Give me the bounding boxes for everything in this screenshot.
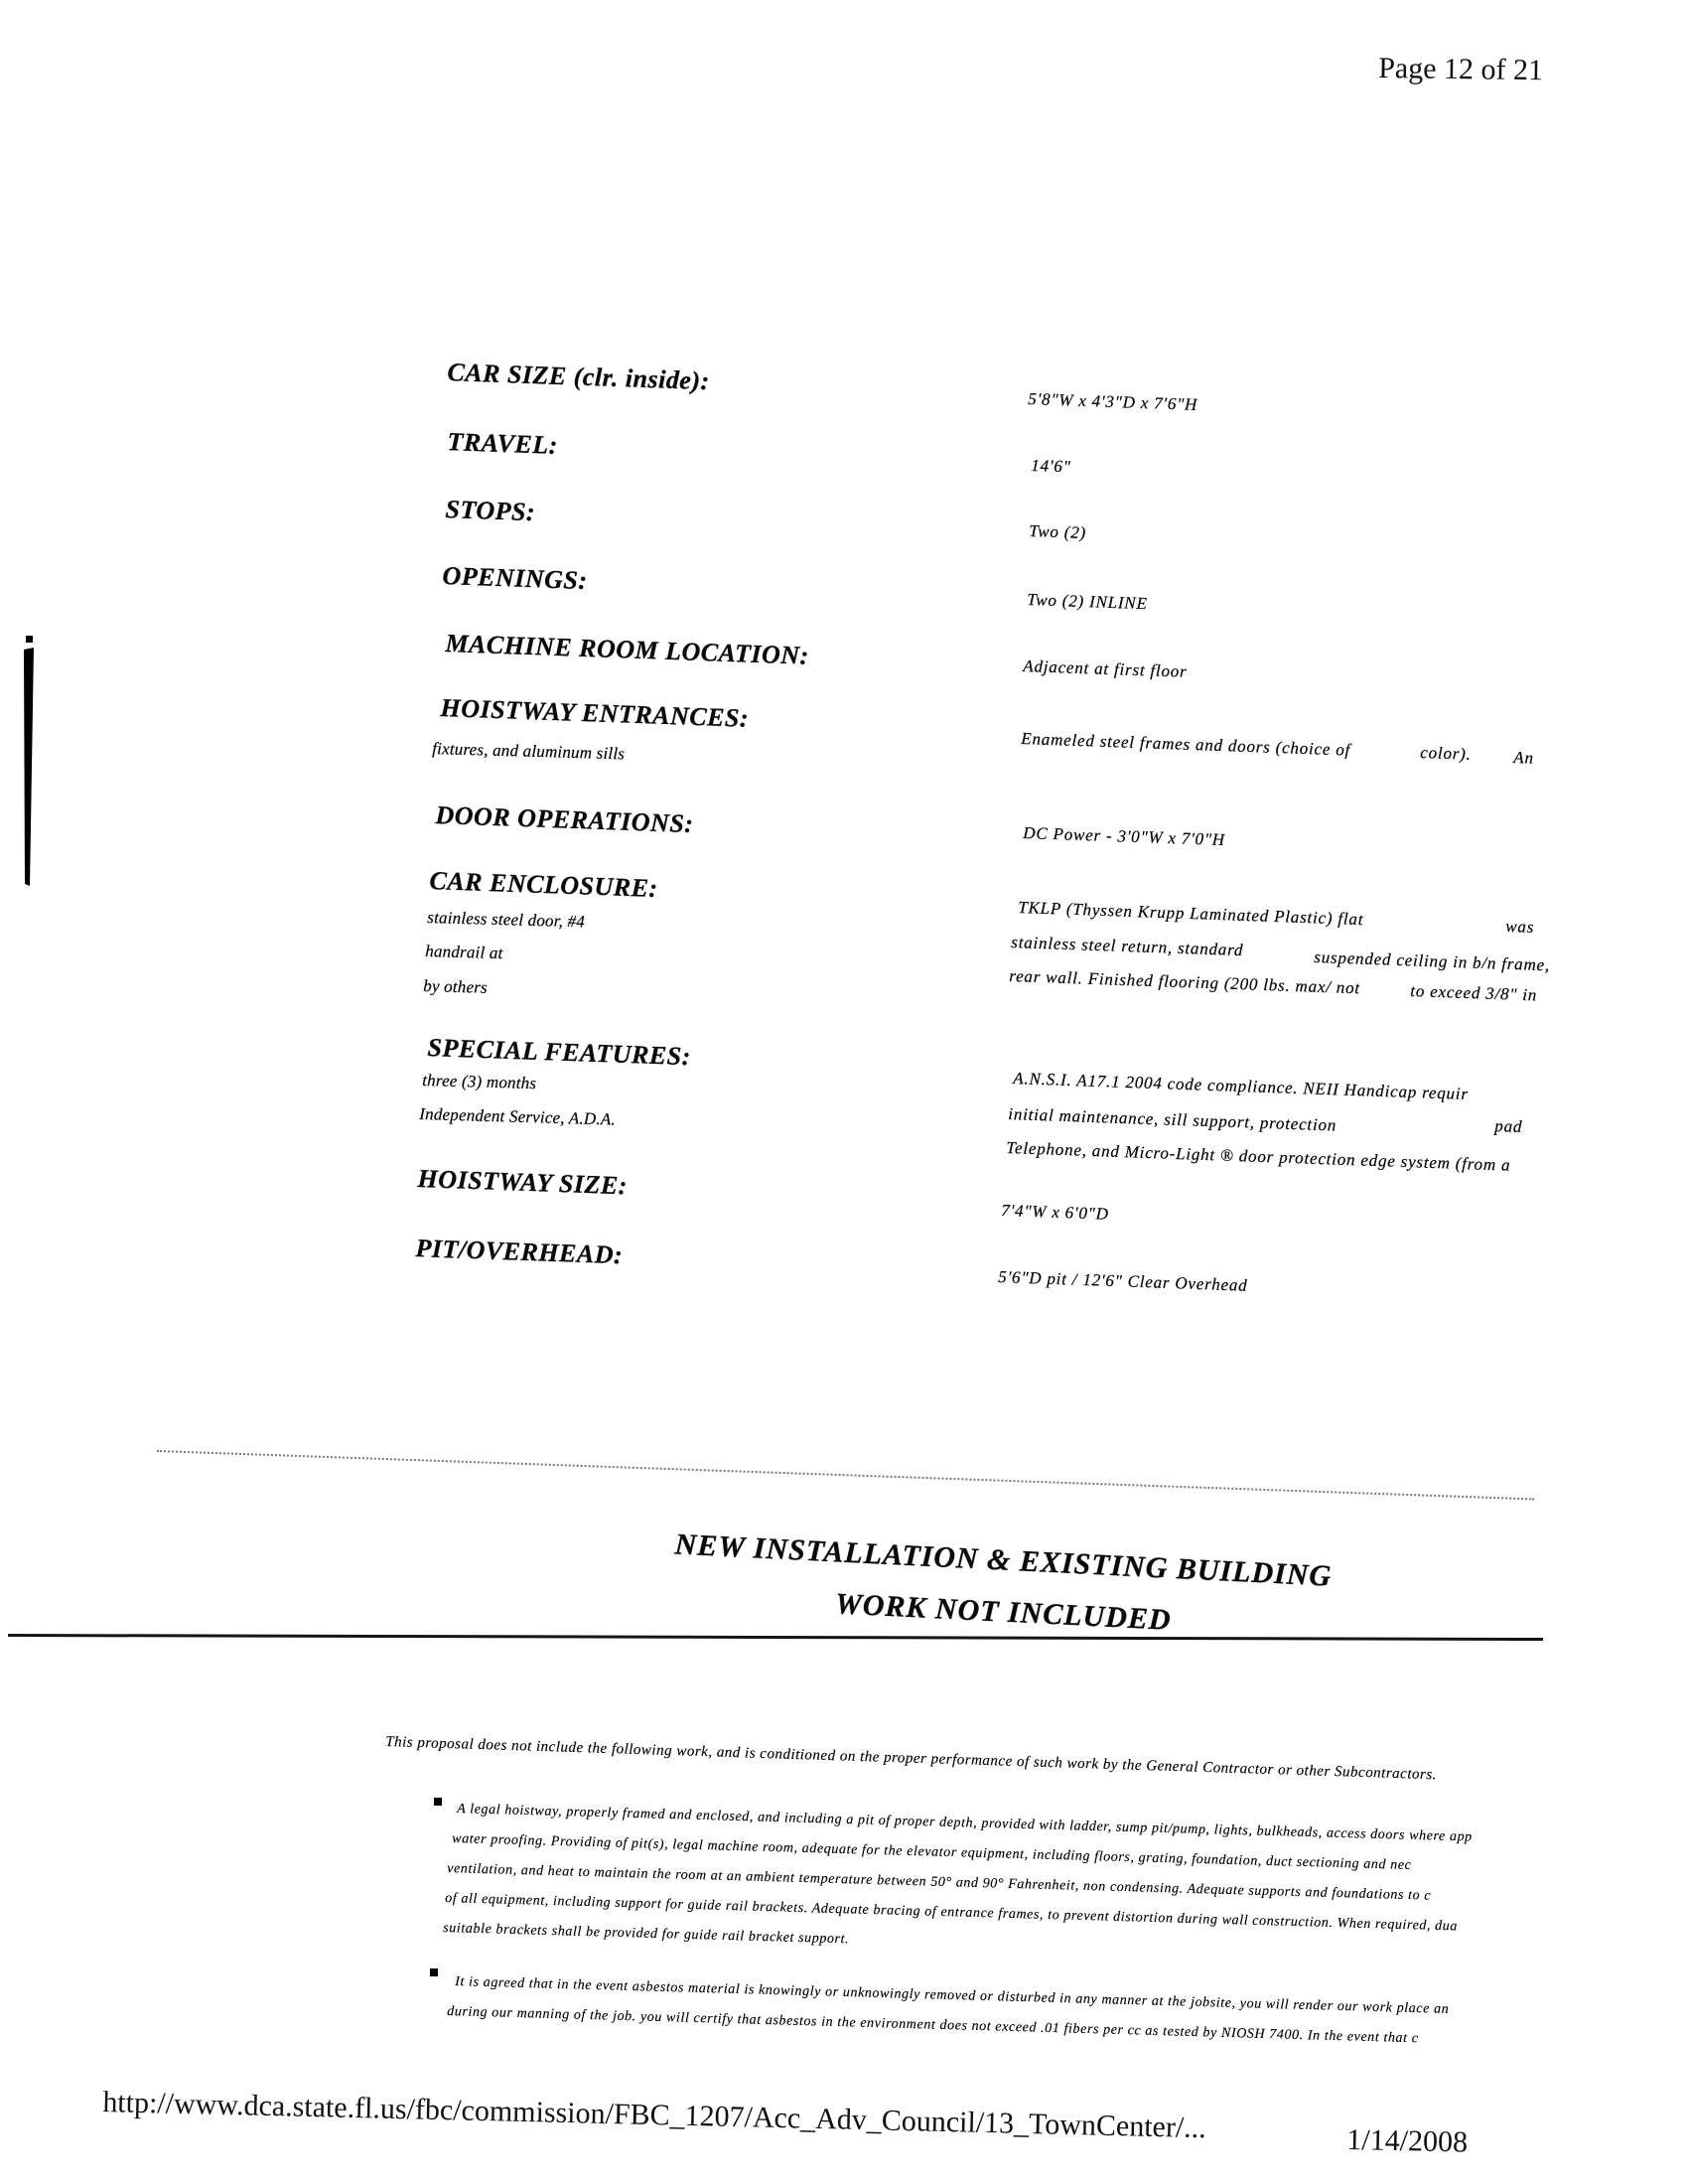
spec-label-special-features: SPECIAL FEATURES:	[427, 1033, 691, 1072]
spec-note-car-enclosure-3: by others	[423, 976, 488, 998]
spec-value-hoistway-entrances-2: color).	[1420, 743, 1472, 765]
spec-label-stops: STOPS:	[445, 495, 536, 527]
spec-label-pit-overhead: PIT/OVERHEAD:	[415, 1234, 624, 1270]
spec-value-machine-room: Adjacent at first floor	[1023, 656, 1188, 682]
spec-label-hoistway-size: HOISTWAY SIZE:	[417, 1164, 628, 1201]
spec-note-car-enclosure-2: handrail at	[425, 942, 503, 963]
footer-url: http://www.dca.state.fl.us/fbc/commissio…	[102, 2086, 1206, 2145]
spec-value-car-enclosure-l1a: TKLP (Thyssen Krupp Laminated Plastic) f…	[1018, 898, 1364, 930]
spec-value-openings: Two (2) INLINE	[1027, 590, 1148, 614]
exclusions-intro: This proposal does not include the follo…	[385, 1734, 1437, 1784]
spec-value-car-enclosure-l3a: rear wall. Finished flooring (200 lbs. m…	[1009, 966, 1360, 998]
spec-note-special-features-1: three (3) months	[422, 1071, 536, 1093]
spec-label-openings: OPENINGS:	[442, 561, 588, 596]
spec-note-special-features-2: Independent Service, A.D.A.	[419, 1104, 616, 1130]
spec-label-car-enclosure: CAR ENCLOSURE:	[429, 866, 658, 904]
spec-value-car-enclosure-l1b: was	[1505, 917, 1535, 938]
spec-value-hoistway-entrances-3: An	[1513, 748, 1534, 769]
spec-label-travel: TRAVEL:	[447, 427, 558, 461]
spec-label-car-size: CAR SIZE (clr. inside):	[447, 358, 710, 396]
spec-label-machine-room-location: MACHINE ROOM LOCATION:	[445, 629, 809, 671]
spec-note-car-enclosure-1: stainless steel door, #4	[427, 908, 585, 932]
scan-artifact-dotted-line	[157, 1450, 1534, 1500]
spec-value-special-features-l3: Telephone, and Micro-Light ® door protec…	[1006, 1138, 1511, 1176]
spec-label-hoistway-entrances: HOISTWAY ENTRANCES:	[440, 693, 750, 734]
footer-date: 1/14/2008	[1346, 2123, 1468, 2160]
spec-value-travel: 14'6"	[1031, 456, 1071, 477]
spec-value-stops: Two (2)	[1029, 521, 1086, 543]
spec-value-special-features-l2a: initial maintenance, sill support, prote…	[1008, 1104, 1336, 1136]
spec-note-hoistway-entrances: fixtures, and aluminum sills	[432, 739, 625, 764]
scanned-document-page: { "header": { "page_indicator": "Page 12…	[0, 0, 1688, 2184]
spec-value-car-size: 5'8"W x 4'3"D x 7'6"H	[1028, 389, 1198, 415]
bullet-marker-2	[430, 1968, 438, 1976]
bullet-marker-1	[434, 1798, 442, 1806]
spec-value-door-operations: DC Power - 3'0"W x 7'0"H	[1023, 823, 1225, 850]
spec-value-special-features-l1: A.N.S.I. A17.1 2004 code compliance. NEI…	[1013, 1069, 1469, 1104]
spec-value-hoistway-entrances-1: Enameled steel frames and doors (choice …	[1021, 729, 1350, 761]
spec-value-hoistway-size: 7'4"W x 6'0"D	[1001, 1201, 1109, 1225]
spec-value-pit-overhead: 5'6"D pit / 12'6" Clear Overhead	[998, 1267, 1248, 1296]
bullet1-line5: suitable brackets shall be provided for …	[443, 1921, 849, 1948]
scan-artifact-streak	[10, 634, 70, 894]
spec-value-special-features-l2b: pad	[1494, 1116, 1523, 1137]
spec-value-car-enclosure-l2a: stainless steel return, standard	[1011, 933, 1244, 960]
spec-value-car-enclosure-l2b: suspended ceiling in b/n frame,	[1314, 947, 1550, 975]
spec-value-car-enclosure-l3b: to exceed 3/8" in	[1410, 981, 1538, 1005]
page-indicator: Page 12 of 21	[1378, 52, 1543, 87]
spec-label-door-operations: DOOR OPERATIONS:	[435, 801, 694, 839]
